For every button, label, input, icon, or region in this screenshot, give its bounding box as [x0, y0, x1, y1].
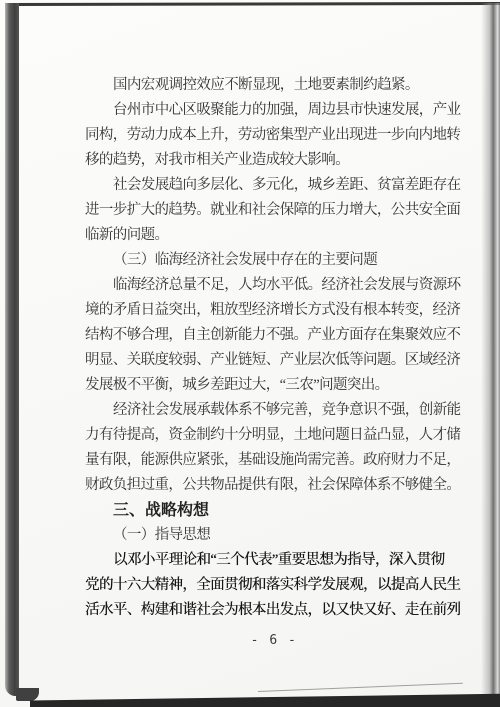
- text-line: 国内宏观调控效应不断显现，土地要素制约趋紧。: [85, 73, 463, 98]
- text-line: 进一步扩大的趋势。就业和社会保障的压力增大，公共安全面: [85, 198, 463, 223]
- text-line: 力有待提高，资金制约十分明显，土地问题日益凸显，人才储: [85, 423, 463, 448]
- text-line: 同构，劳动力成本上升，劳动密集型产业出现进一步向内地转: [85, 123, 463, 148]
- document-text-block: 国内宏观调控效应不断显现，土地要素制约趋紧。台州市中心区吸聚能力的加强，周边县市…: [85, 73, 463, 623]
- text-line: 活水平、构建和谐社会为根本出发点，以又快又好、走在前列: [85, 598, 463, 623]
- text-line: 三、战略构想: [85, 498, 463, 523]
- scan-border-bottom: [30, 690, 500, 707]
- scan-edge-right-shadow: [481, 3, 500, 695]
- text-line: 经济社会发展承载体系不够完善，竞争意识不强，创新能: [85, 398, 463, 423]
- text-line: 以邓小平理论和“三个代表”重要思想为指导，深入贯彻: [85, 548, 463, 573]
- scan-border-left: [5, 3, 19, 696]
- text-line: 临海经济总量不足，人均水平低。经济社会发展与资源环: [85, 273, 463, 298]
- text-line: 临新的问题。: [85, 223, 463, 248]
- text-line: 党的十六大精神，全面贯彻和落实科学发展观，以提高人民生: [85, 573, 463, 598]
- text-line: 明显、关联度较弱、产业链短、产业层次低等问题。区域经济: [85, 348, 463, 373]
- scan-crease-line: [258, 683, 463, 692]
- text-line: 移的趋势，对我市相关产业造成较大影响。: [85, 148, 463, 173]
- text-line: 台州市中心区吸聚能力的加强，周边县市快速发展，产业: [85, 98, 463, 123]
- text-line: 财政负担过重，公共物品提供有限，社会保障体系不够健全。: [85, 473, 463, 498]
- text-line: （三）临海经济社会发展中存在的主要问题: [85, 248, 463, 273]
- text-line: 社会发展趋向多层化、多元化，城乡差距、贫富差距存在: [85, 173, 463, 198]
- scan-corner-bottom-left: [16, 688, 39, 701]
- scanned-document-page: 国内宏观调控效应不断显现，土地要素制约趋紧。台州市中心区吸聚能力的加强，周边县市…: [0, 0, 500, 707]
- text-line: 量有限，能源供应紧张，基础设施尚需完善。政府财力不足，: [85, 448, 463, 473]
- text-line: （一）指导思想: [85, 523, 463, 548]
- text-line: 结构不够合理，自主创新能力不强。产业方面存在集聚效应不: [85, 323, 463, 348]
- text-line: 境的矛盾日益突出，粗放型经济增长方式没有根本转变，经济: [85, 298, 463, 323]
- scan-border-top: [12, 2, 500, 6]
- page-number: - 6 -: [85, 630, 463, 652]
- text-line: 发展极不平衡，城乡差距过大，“三农”问题突出。: [85, 373, 463, 398]
